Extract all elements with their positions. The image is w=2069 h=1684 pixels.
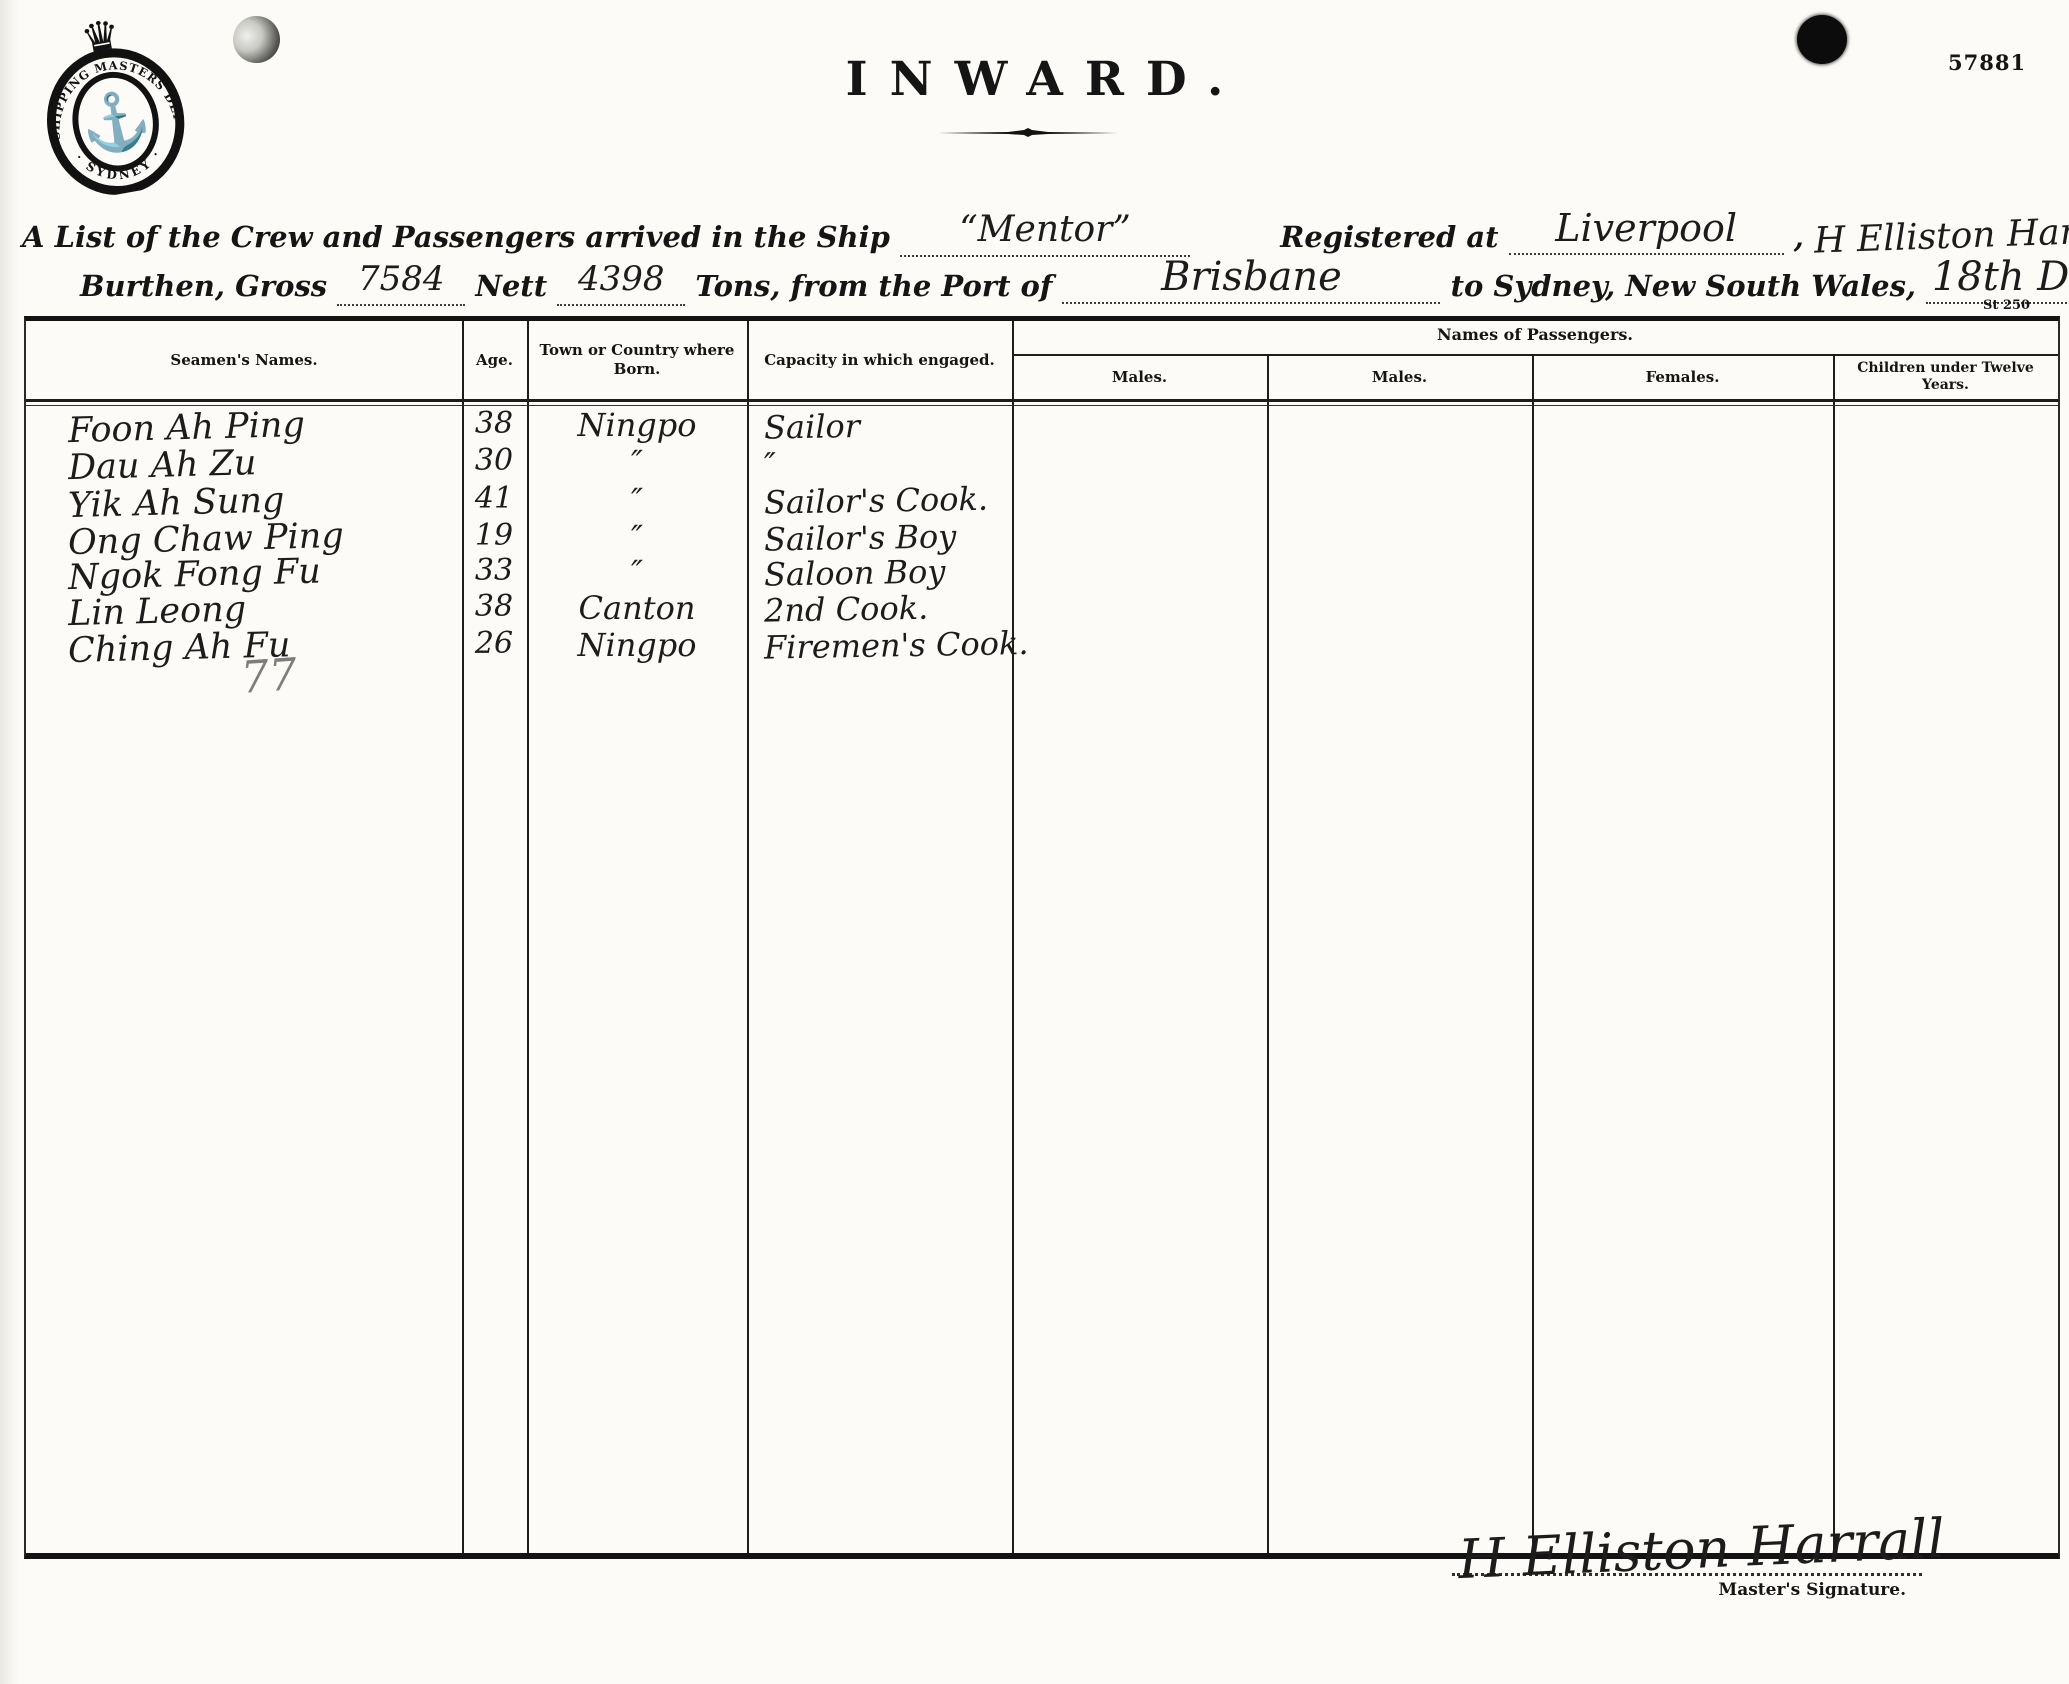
seaman-age: 26 — [462, 626, 526, 661]
header-seamen-names: Seamen's Names. — [26, 321, 462, 399]
seaman-born: Ningpo — [529, 626, 745, 664]
registered-at-field: Liverpool — [1509, 219, 1784, 255]
nett-tons-value: 4398 — [578, 264, 665, 294]
header-females: Females. — [1532, 355, 1833, 399]
intro-line-1: A List of the Crew and Passengers arrive… — [22, 215, 2062, 257]
seaman-born: ″ — [529, 553, 745, 591]
header-age: Age. — [462, 321, 527, 399]
registered-at-label: Registered at — [1280, 220, 1498, 254]
header-born: Town or Country where Born. — [529, 321, 745, 399]
seaman-born: ″ — [529, 481, 745, 519]
intro-line-2: Burthen, Gross 7584 Nett 4398 Tons, from… — [80, 268, 2069, 306]
ship-name-value: “Mentor” — [959, 215, 1131, 245]
registered-at-value: Liverpool — [1555, 213, 1737, 243]
seaman-age: 41 — [462, 481, 526, 516]
date-value: 18th December — [1932, 262, 2069, 292]
seaman-born: ″ — [529, 518, 745, 556]
page-title: INWARD. — [0, 52, 2069, 107]
port-value: Brisbane — [1161, 262, 1342, 292]
master-signature-block: H Elliston Harrall Master's Signature. — [1452, 1518, 1922, 1600]
seaman-age: 19 — [462, 518, 526, 553]
nett-label: Nett — [475, 269, 547, 303]
seaman-age: 33 — [462, 553, 526, 588]
inward-crew-list-document: ♛ SHIPPING MASTERS DEPARTMENT · SYDNEY ·… — [0, 0, 2069, 1684]
seaman-age: 30 — [462, 443, 526, 478]
pencil-total-annotation: 77 — [239, 649, 298, 704]
header-bottom-rule — [26, 399, 2058, 402]
burthen-gross-label: Burthen, Gross — [80, 269, 327, 303]
comma: , — [1794, 220, 1804, 254]
seaman-capacity: ″ — [764, 440, 1065, 483]
seaman-born: Ningpo — [529, 406, 745, 444]
header-capacity: Capacity in which engaged. — [749, 321, 1010, 399]
seaman-age: 38 — [462, 406, 526, 441]
form-reference: St 250 — [1983, 298, 2030, 313]
gross-tons-value: 7584 — [358, 264, 445, 294]
to-sydney-label: to Sydney, New South Wales, — [1451, 269, 1916, 303]
seaman-born: ″ — [529, 443, 745, 481]
port-field: Brisbane — [1062, 268, 1440, 304]
header-males-1: Males. — [1012, 355, 1267, 399]
seaman-capacity: 2nd Cook. — [764, 586, 1065, 629]
master-signature-value: H Elliston Harrall — [1457, 1508, 1923, 1591]
seaman-born: Canton — [529, 589, 745, 627]
header-children: Children under Twelve Years. — [1833, 355, 2058, 399]
seaman-capacity: Sailor's Cook. — [764, 478, 1065, 521]
tons-from-label: Tons, from the Port of — [695, 269, 1052, 303]
ship-name-field: “Mentor” — [900, 221, 1190, 257]
gross-tons-field: 7584 — [337, 270, 465, 306]
header-passengers-span: Names of Passengers. — [1012, 325, 2058, 345]
nett-tons-field: 4398 — [557, 270, 685, 306]
intro-lead-text: A List of the Crew and Passengers arrive… — [22, 220, 890, 254]
crew-passenger-table: Seamen's Names. Age. Town or Country whe… — [24, 316, 2060, 1559]
seaman-capacity: Sailor — [764, 403, 1065, 446]
seaman-capacity: Firemen's Cook. — [764, 623, 1065, 666]
title-divider — [938, 128, 1118, 137]
header-males-2: Males. — [1267, 355, 1532, 399]
table-row: Ching Ah Fu 26 Ningpo Firemen's Cook. — [26, 626, 2058, 670]
seaman-age: 38 — [462, 589, 526, 624]
